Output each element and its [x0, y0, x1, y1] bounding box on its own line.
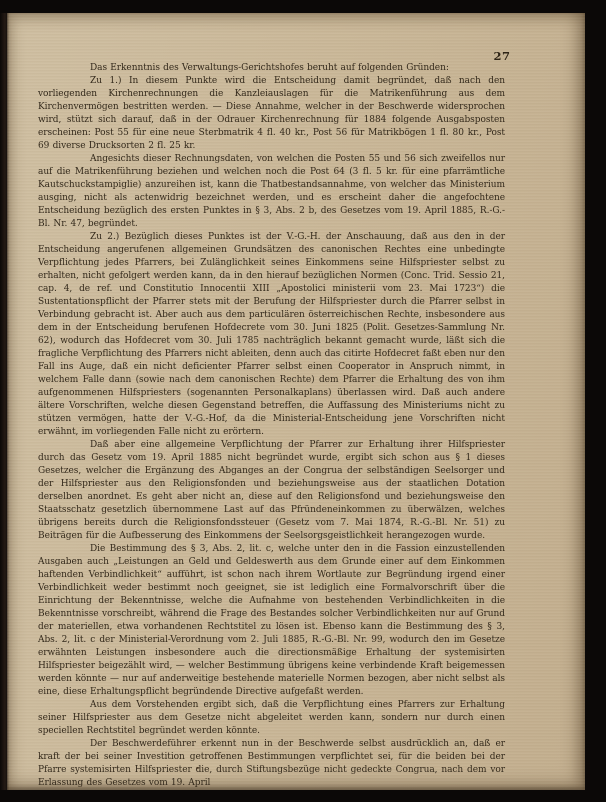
paragraph-complainant: Der Beschwerdeführer erkennt nun in der …	[38, 738, 505, 790]
paragraph-point-1: Zu 1.) In diesem Punkte wird die Entsche…	[38, 75, 505, 153]
body-text: Das Erkenntnis des Verwaltungs-Gerichtsh…	[38, 62, 505, 790]
paragraph-conclusion: Aus dem Vorstehenden ergibt sich, daß di…	[38, 699, 505, 738]
ink-speck	[196, 767, 199, 769]
scanned-page: 27 Das Erkenntnis des Verwaltungs-Gerich…	[0, 0, 606, 802]
page-number: 27	[482, 49, 522, 63]
paragraph-law-1885: Daß aber eine allgemeine Verpflichtung d…	[38, 439, 505, 543]
paragraph-point-1-assessment: Angesichts dieser Rechnungsdaten, von we…	[38, 153, 505, 231]
scan-edge-shadow	[0, 13, 9, 790]
paragraph-section-3-analysis: Die Bestimmung des § 3, Abs. 2, lit. c, …	[38, 543, 505, 699]
paragraph-point-2: Zu 2.) Bezüglich dieses Punktes ist der …	[38, 231, 505, 439]
paragraph-ruling-intro: Das Erkenntnis des Verwaltungs-Gerichtsh…	[38, 62, 505, 75]
